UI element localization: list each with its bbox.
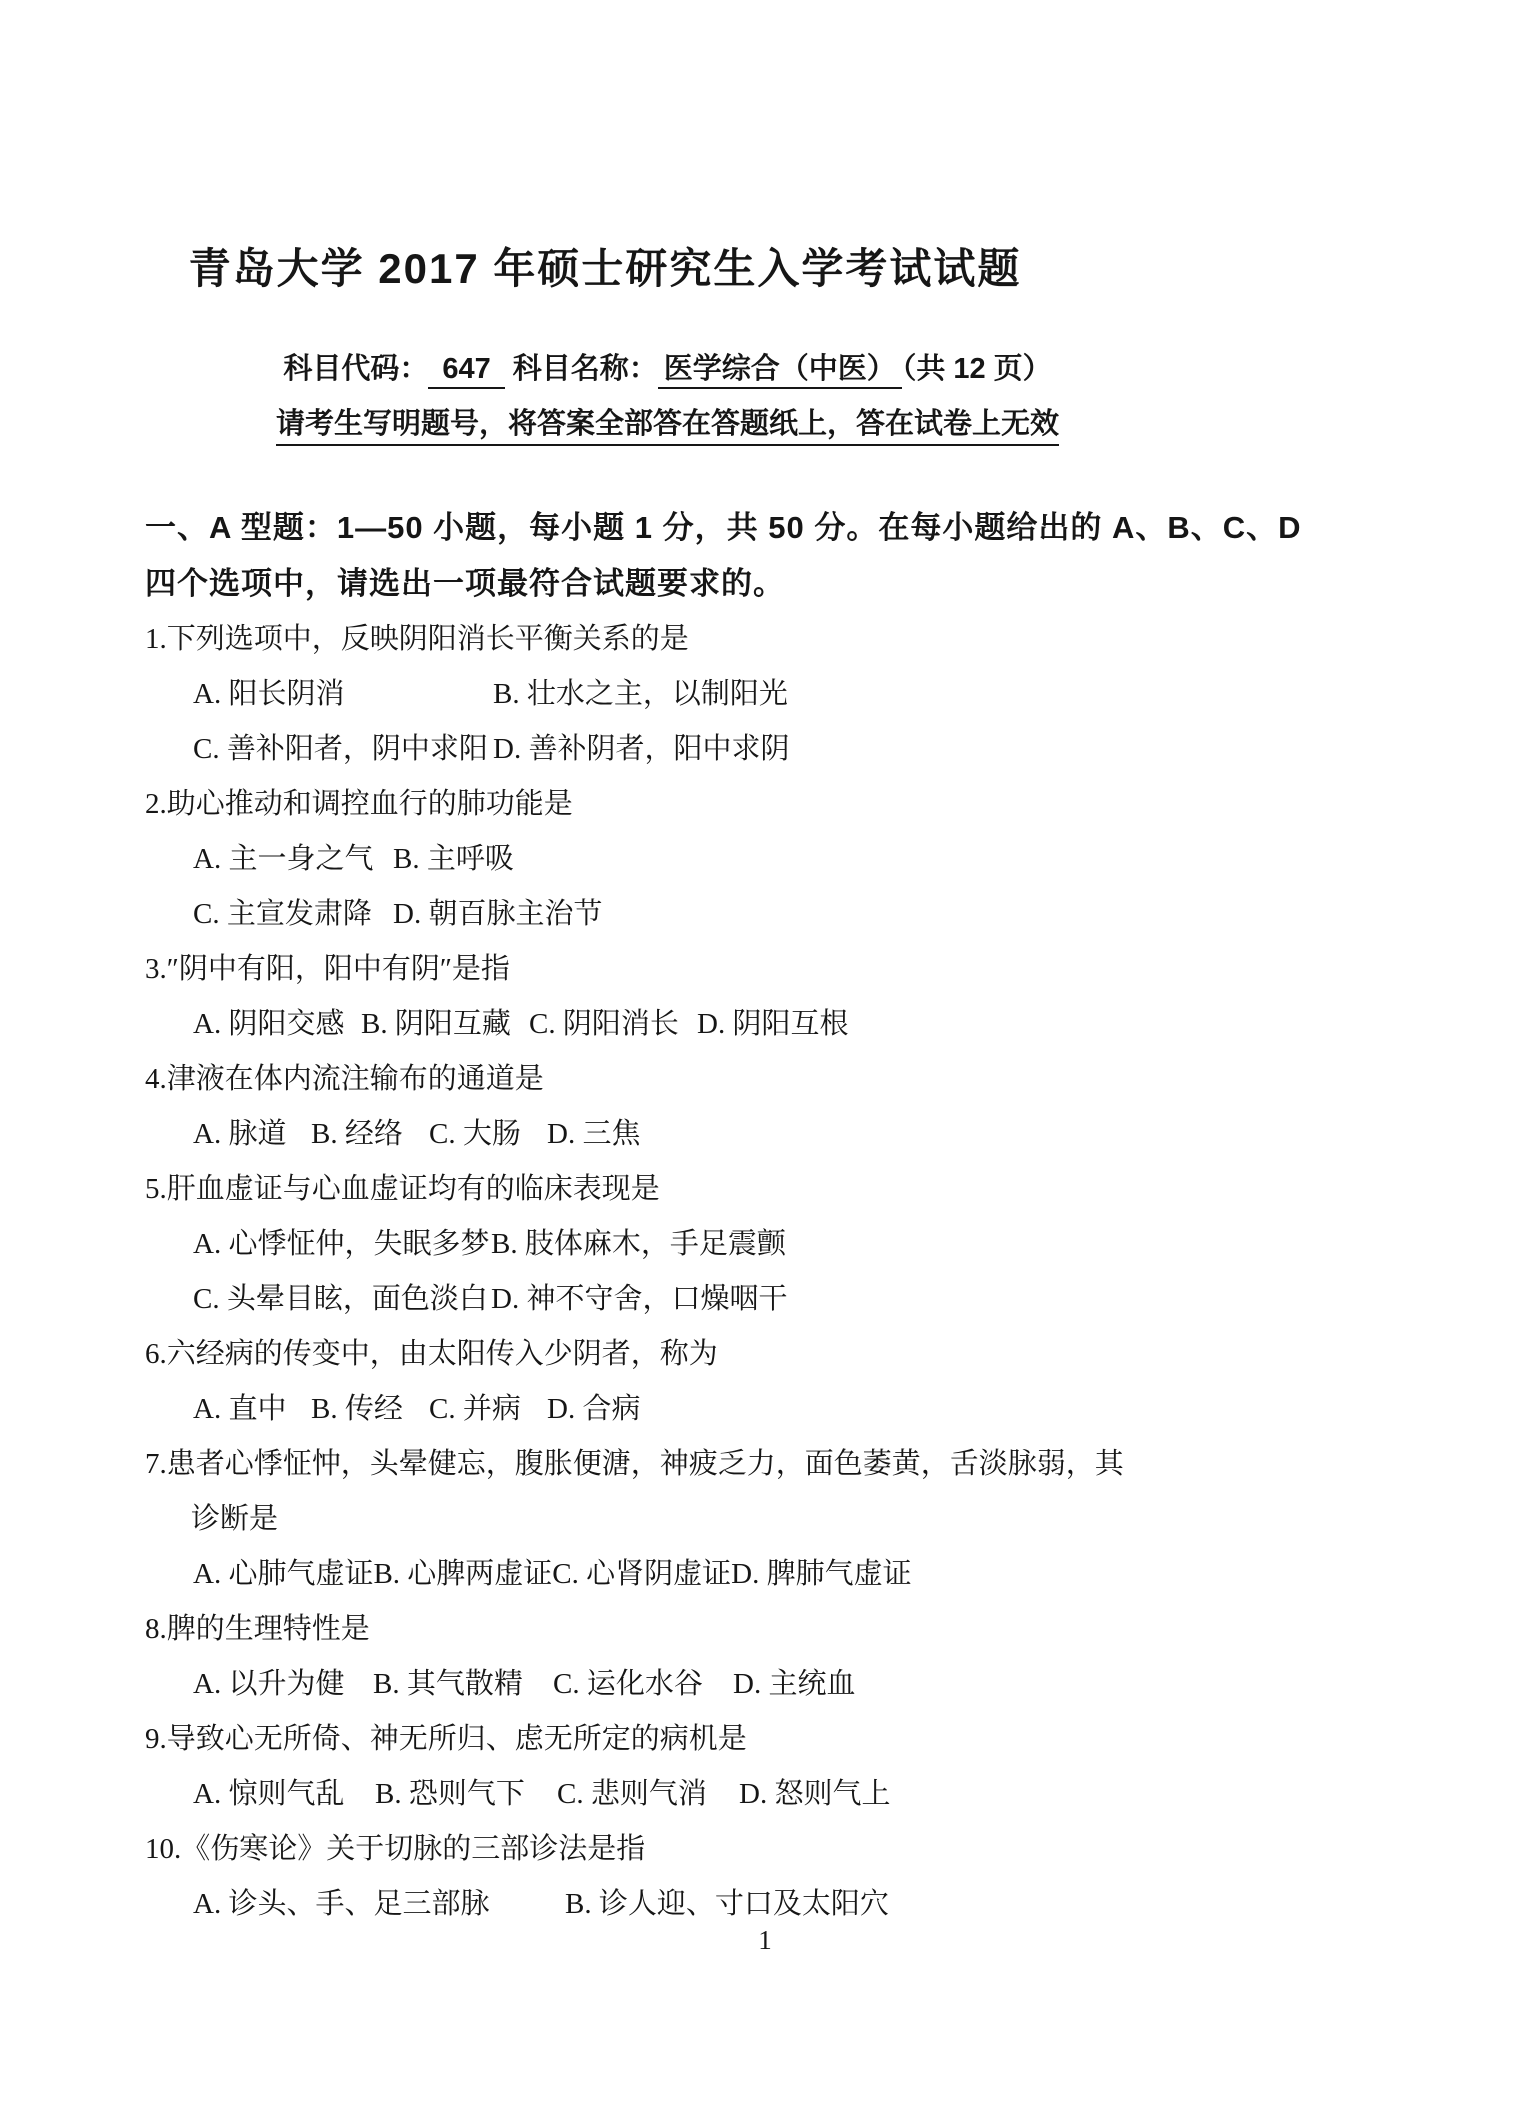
exam-page: 青岛大学 2017 年硕士研究生入学考试试题 科目代码：647 科目名称：医学综… <box>0 0 1536 2127</box>
question-4: 4.津液在体内流注输布的通道是A. 脉道B. 经络C. 大肠D. 三焦 <box>145 1052 1445 1162</box>
subject-code-label: 科目代码： <box>283 353 428 385</box>
question-8-stem: 8.脾的生理特性是 <box>145 1602 1445 1657</box>
option: D. 神不守舍，口燥咽干 <box>491 1272 787 1327</box>
option: D. 三焦 <box>547 1107 640 1162</box>
section-heading: 一、A 型题：1—50 小题，每小题 1 分，共 50 分。在每小题给出的 A、… <box>145 500 1405 612</box>
question-9-stem: 9.导致心无所倚、神无所归、虑无所定的病机是 <box>145 1712 1445 1767</box>
option: C. 心肾阴虚证 <box>552 1547 731 1602</box>
option: C. 头晕目眩，面色淡白 <box>193 1272 491 1327</box>
option: C. 善补阳者，阴中求阳 <box>193 722 493 777</box>
question-5: 5.肝血虚证与心血虚证均有的临床表现是A. 心悸怔仲，失眠多梦B. 肢体麻木，手… <box>145 1162 1445 1327</box>
option-row: A. 惊则气乱B. 恐则气下C. 悲则气消D. 怒则气上 <box>145 1767 1445 1822</box>
subject-line: 科目代码：647 科目名称：医学综合（中医）（共 12 页） <box>145 350 1190 389</box>
option: D. 主统血 <box>733 1657 855 1712</box>
exam-title: 青岛大学 2017 年硕士研究生入学考试试题 <box>0 246 1210 292</box>
option: B. 恐则气下 <box>375 1767 557 1822</box>
question-4-stem: 4.津液在体内流注输布的通道是 <box>145 1052 1445 1107</box>
question-5-stem: 5.肝血虚证与心血虚证均有的临床表现是 <box>145 1162 1445 1217</box>
option: B. 传经 <box>311 1382 429 1437</box>
question-3: 3.″阴中有阳，阳中有阴″是指A. 阴阳交感B. 阴阳互藏C. 阴阳消长D. 阴… <box>145 942 1445 1052</box>
question-6: 6.六经病的传变中，由太阳传入少阴者，称为A. 直中B. 传经C. 并病D. 合… <box>145 1327 1445 1437</box>
question-2-stem: 2.助心推动和调控血行的肺功能是 <box>145 777 1445 832</box>
question-10-stem: 10.《伤寒论》关于切脉的三部诊法是指 <box>145 1822 1445 1877</box>
option: B. 其气散精 <box>373 1657 553 1712</box>
question-7: 7.患者心悸怔忡，头晕健忘，腹胀便溏，神疲乏力，面色萎黄，舌淡脉弱，其诊断是A.… <box>145 1437 1445 1602</box>
question-9: 9.导致心无所倚、神无所归、虑无所定的病机是A. 惊则气乱B. 恐则气下C. 悲… <box>145 1712 1445 1822</box>
option-row: A. 阳长阴消B. 壮水之主，以制阳光 <box>145 667 1445 722</box>
instruction-line: 请考生写明题号，将答案全部答在答题纸上，答在试卷上无效 <box>145 405 1190 444</box>
instruction-text: 请考生写明题号，将答案全部答在答题纸上，答在试卷上无效 <box>276 408 1059 446</box>
question-2: 2.助心推动和调控血行的肺功能是A. 主一身之气B. 主呼吸C. 主宣发肃降D.… <box>145 777 1445 942</box>
option-row: A. 阴阳交感B. 阴阳互藏C. 阴阳消长D. 阴阳互根 <box>145 997 1445 1052</box>
option-row: A. 心悸怔仲，失眠多梦B. 肢体麻木，手足震颤 <box>145 1217 1445 1272</box>
option: A. 惊则气乱 <box>193 1767 375 1822</box>
option: A. 脉道 <box>193 1107 311 1162</box>
question-10: 10.《伤寒论》关于切脉的三部诊法是指A. 诊头、手、足三部脉B. 诊人迎、寸口… <box>145 1822 1445 1932</box>
option-row: A. 主一身之气B. 主呼吸 <box>145 832 1445 887</box>
option: C. 运化水谷 <box>553 1657 733 1712</box>
option: A. 阴阳交感 <box>193 997 361 1052</box>
title-block: 青岛大学 2017 年硕士研究生入学考试试题 <box>0 0 1210 292</box>
option: C. 主宣发肃降 <box>193 887 393 942</box>
page-number: 1 <box>0 1925 1530 1956</box>
question-6-stem: 6.六经病的传变中，由太阳传入少阴者，称为 <box>145 1327 1445 1382</box>
option: B. 经络 <box>311 1107 429 1162</box>
question-7-stem-cont: 诊断是 <box>145 1492 1445 1547</box>
option: A. 阳长阴消 <box>193 667 493 722</box>
questions-list: 1.下列选项中，反映阴阳消长平衡关系的是A. 阳长阴消B. 壮水之主，以制阳光C… <box>145 612 1445 1932</box>
option: B. 肢体麻木，手足震颤 <box>491 1217 786 1272</box>
option-row: A. 脉道B. 经络C. 大肠D. 三焦 <box>145 1107 1445 1162</box>
option: D. 阴阳互根 <box>697 997 848 1052</box>
option: A. 以升为健 <box>193 1657 373 1712</box>
option-row: A. 直中B. 传经C. 并病D. 合病 <box>145 1382 1445 1437</box>
option: C. 并病 <box>429 1382 547 1437</box>
option: D. 怒则气上 <box>739 1767 890 1822</box>
question-1: 1.下列选项中，反映阴阳消长平衡关系的是A. 阳长阴消B. 壮水之主，以制阳光C… <box>145 612 1445 777</box>
option: A. 心悸怔仲，失眠多梦 <box>193 1217 491 1272</box>
option: B. 主呼吸 <box>393 832 514 887</box>
option: A. 心肺气虚证 <box>193 1547 373 1602</box>
section-heading-line1: 一、A 型题：1—50 小题，每小题 1 分，共 50 分。在每小题给出的 A、… <box>145 500 1405 556</box>
question-7-stem: 7.患者心悸怔忡，头晕健忘，腹胀便溏，神疲乏力，面色萎黄，舌淡脉弱，其 <box>145 1437 1445 1492</box>
option-row: A. 以升为健B. 其气散精C. 运化水谷D. 主统血 <box>145 1657 1445 1712</box>
option-row: C. 头晕目眩，面色淡白D. 神不守舍，口燥咽干 <box>145 1272 1445 1327</box>
subject-name-label: 科目名称： <box>513 353 658 385</box>
question-3-stem: 3.″阴中有阳，阳中有阴″是指 <box>145 942 1445 997</box>
option: D. 脾肺气虚证 <box>731 1547 911 1602</box>
question-1-stem: 1.下列选项中，反映阴阳消长平衡关系的是 <box>145 612 1445 667</box>
section-heading-line2: 四个选项中，请选出一项最符合试题要求的。 <box>145 556 1405 612</box>
option: C. 大肠 <box>429 1107 547 1162</box>
option: D. 合病 <box>547 1382 640 1437</box>
subject-code-value: 647 <box>428 353 504 389</box>
option-row: A. 心肺气虚证B. 心脾两虚证C. 心肾阴虚证D. 脾肺气虚证 <box>145 1547 1445 1602</box>
option-row: C. 主宣发肃降D. 朝百脉主治节 <box>145 887 1445 942</box>
subject-name-value: 医学综合（中医） <box>658 353 902 389</box>
option: C. 阴阳消长 <box>529 997 697 1052</box>
option: D. 朝百脉主治节 <box>393 887 602 942</box>
option: B. 心脾两虚证 <box>373 1547 552 1602</box>
option: A. 直中 <box>193 1382 311 1437</box>
option: B. 壮水之主，以制阳光 <box>493 667 788 722</box>
option-row: C. 善补阳者，阴中求阳D. 善补阴者，阳中求阴 <box>145 722 1445 777</box>
subject-pages-note: （共 12 页） <box>902 353 1052 385</box>
option: C. 悲则气消 <box>557 1767 739 1822</box>
option: D. 善补阴者，阳中求阴 <box>493 722 789 777</box>
question-8: 8.脾的生理特性是A. 以升为健B. 其气散精C. 运化水谷D. 主统血 <box>145 1602 1445 1712</box>
option: A. 主一身之气 <box>193 832 393 887</box>
option: B. 阴阳互藏 <box>361 997 529 1052</box>
